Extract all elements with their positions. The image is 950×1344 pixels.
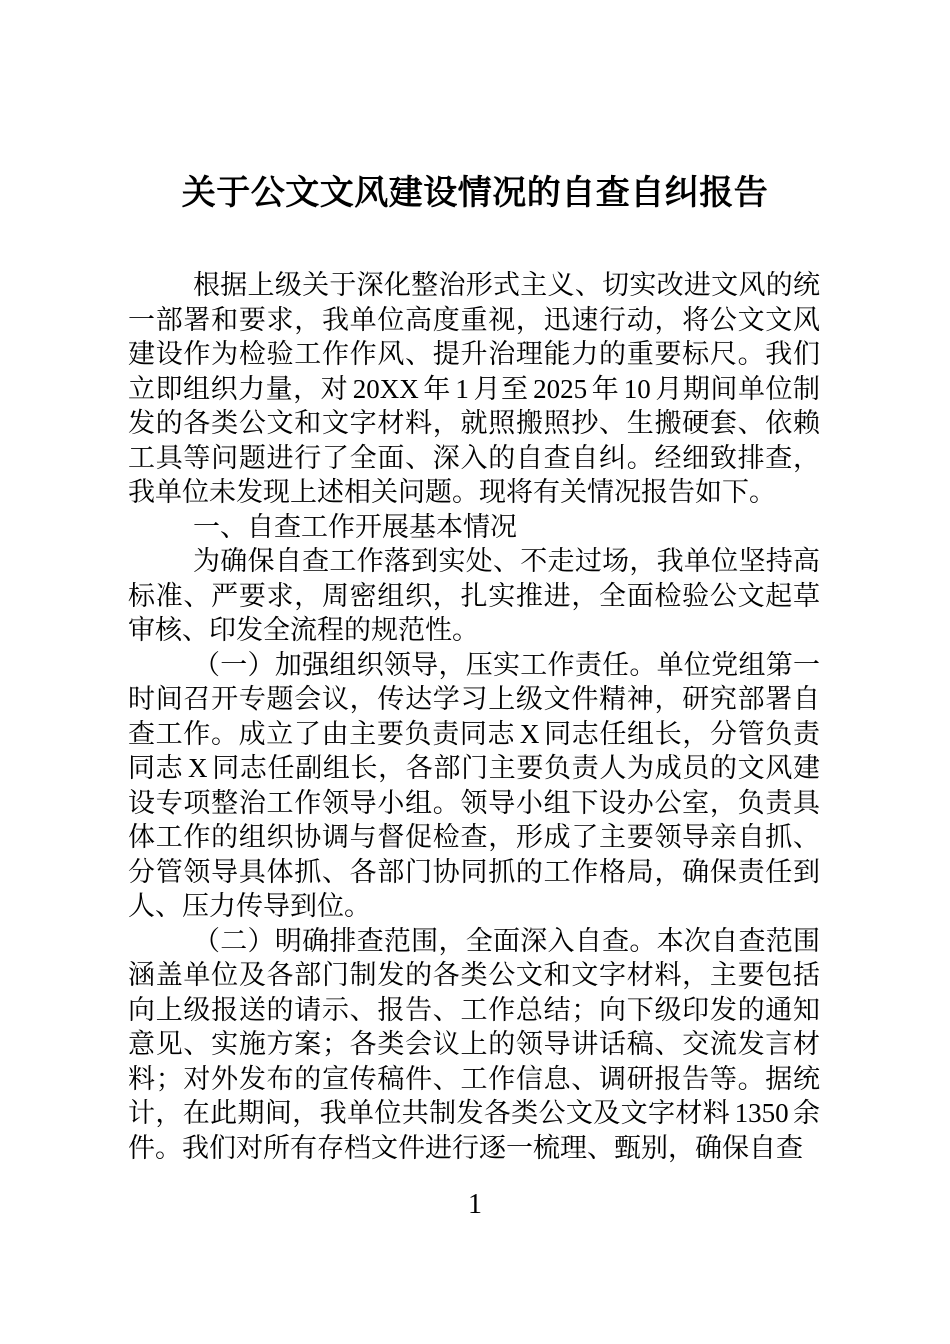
page-number: 1 <box>0 1188 950 1222</box>
body-paragraph: 根据上级关于深化整治形式主义、切实改进文风的统一部署和要求，我单位高度重视，迅速… <box>128 268 820 510</box>
document-title: 关于公文文风建设情况的自查自纠报告 <box>0 0 950 215</box>
document-page: 关于公文文风建设情况的自查自纠报告 根据上级关于深化整治形式主义、切实改进文风的… <box>0 0 950 1344</box>
body-paragraph: 为确保自查工作落到实处、不走过场，我单位坚持高标准、严要求，周密组织，扎实推进，… <box>128 544 820 648</box>
body-paragraph: （一）加强组织领导，压实工作责任。单位党组第一时间召开专题会议，传达学习上级文件… <box>128 648 820 924</box>
body-paragraph: （二）明确排查范围，全面深入自查。本次自查范围涵盖单位及各部门制发的各类公文和文… <box>128 924 820 1166</box>
section-heading: 一、自查工作开展基本情况 <box>128 510 820 545</box>
document-body: 根据上级关于深化整治形式主义、切实改进文风的统一部署和要求，我单位高度重视，迅速… <box>128 268 820 1165</box>
